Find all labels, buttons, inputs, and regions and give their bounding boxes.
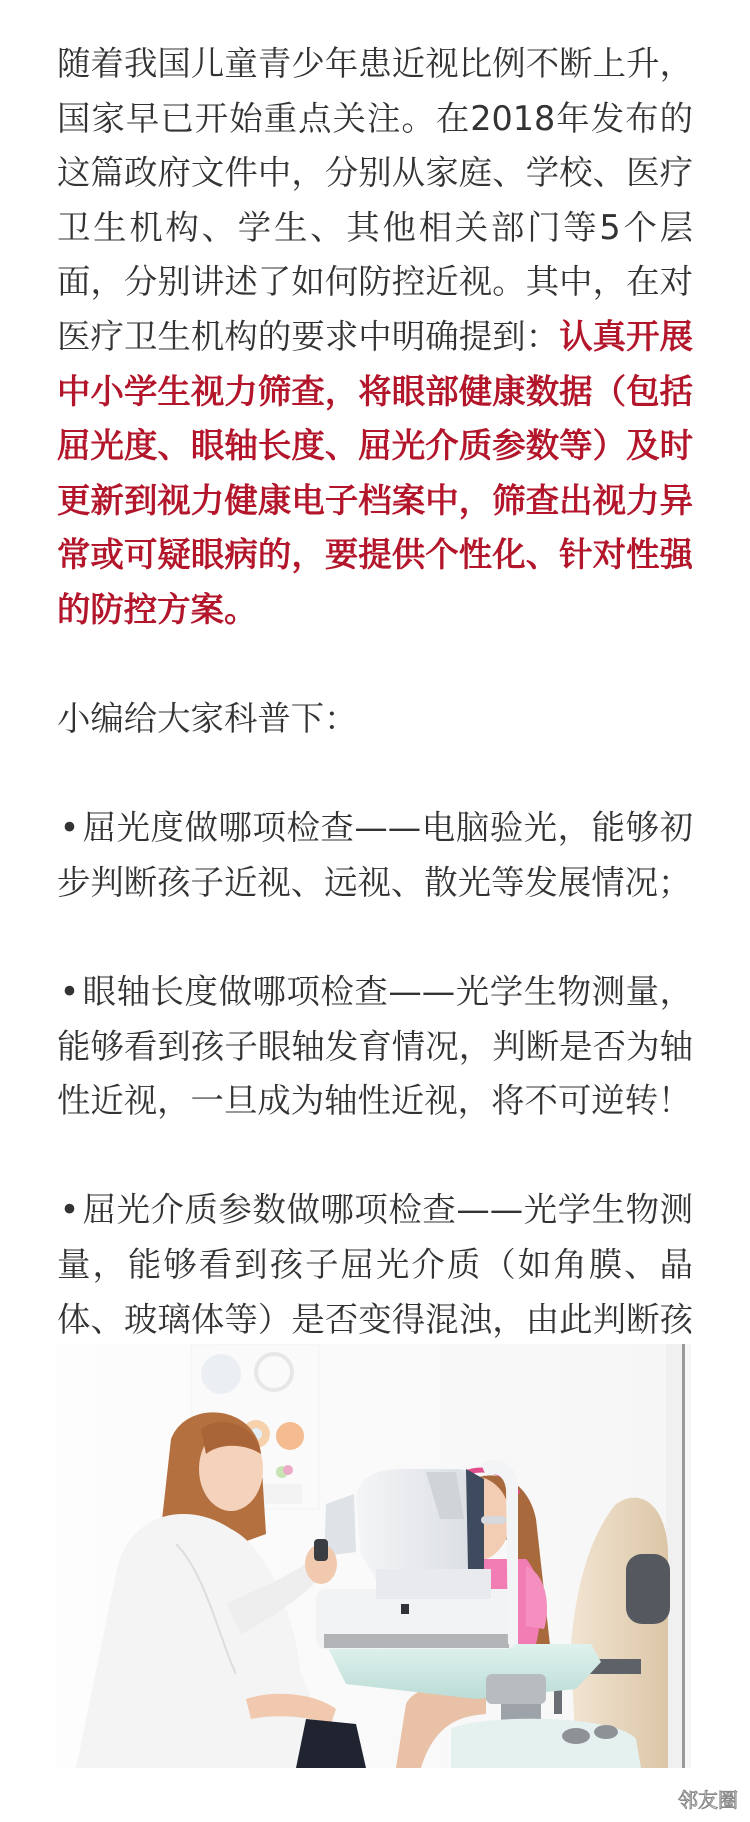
eye-exam-photo <box>56 1344 691 1768</box>
bullet-refraction: •屈光度做哪项检查——电脑验光，能够初步判断孩子近视、远视、散光等发展情况； <box>57 801 693 910</box>
intro-text: 随着我国儿童青少年患近视比例不断上升，国家早已开始重点关注。在2018年发布的这… <box>57 44 693 356</box>
article-body: 随着我国儿童青少年患近视比例不断上升，国家早已开始重点关注。在2018年发布的这… <box>57 37 693 1456</box>
lead-in-paragraph: 小编给大家科普下： <box>57 692 693 747</box>
bullet-icon: • <box>57 801 82 856</box>
bullet-text: 眼轴长度做哪项检查——光学生物测量，能够看到孩子眼轴发育情况，判断是否为轴性近视… <box>57 972 693 1120</box>
bullet-axial-length: •眼轴长度做哪项检查——光学生物测量，能够看到孩子眼轴发育情况，判断是否为轴性近… <box>57 965 693 1129</box>
policy-highlight-text: 认真开展中小学生视力筛查，将眼部健康数据（包括屈光度、眼轴长度、屈光介质参数等）… <box>57 317 693 629</box>
intro-paragraph: 随着我国儿童青少年患近视比例不断上升，国家早已开始重点关注。在2018年发布的这… <box>57 37 693 638</box>
bullet-icon: • <box>57 1183 82 1238</box>
bullet-icon: • <box>57 965 82 1020</box>
bullet-text: 屈光度做哪项检查——电脑验光，能够初步判断孩子近视、远视、散光等发展情况； <box>57 808 693 902</box>
watermark-text: 邻友圈 <box>678 1784 738 1813</box>
